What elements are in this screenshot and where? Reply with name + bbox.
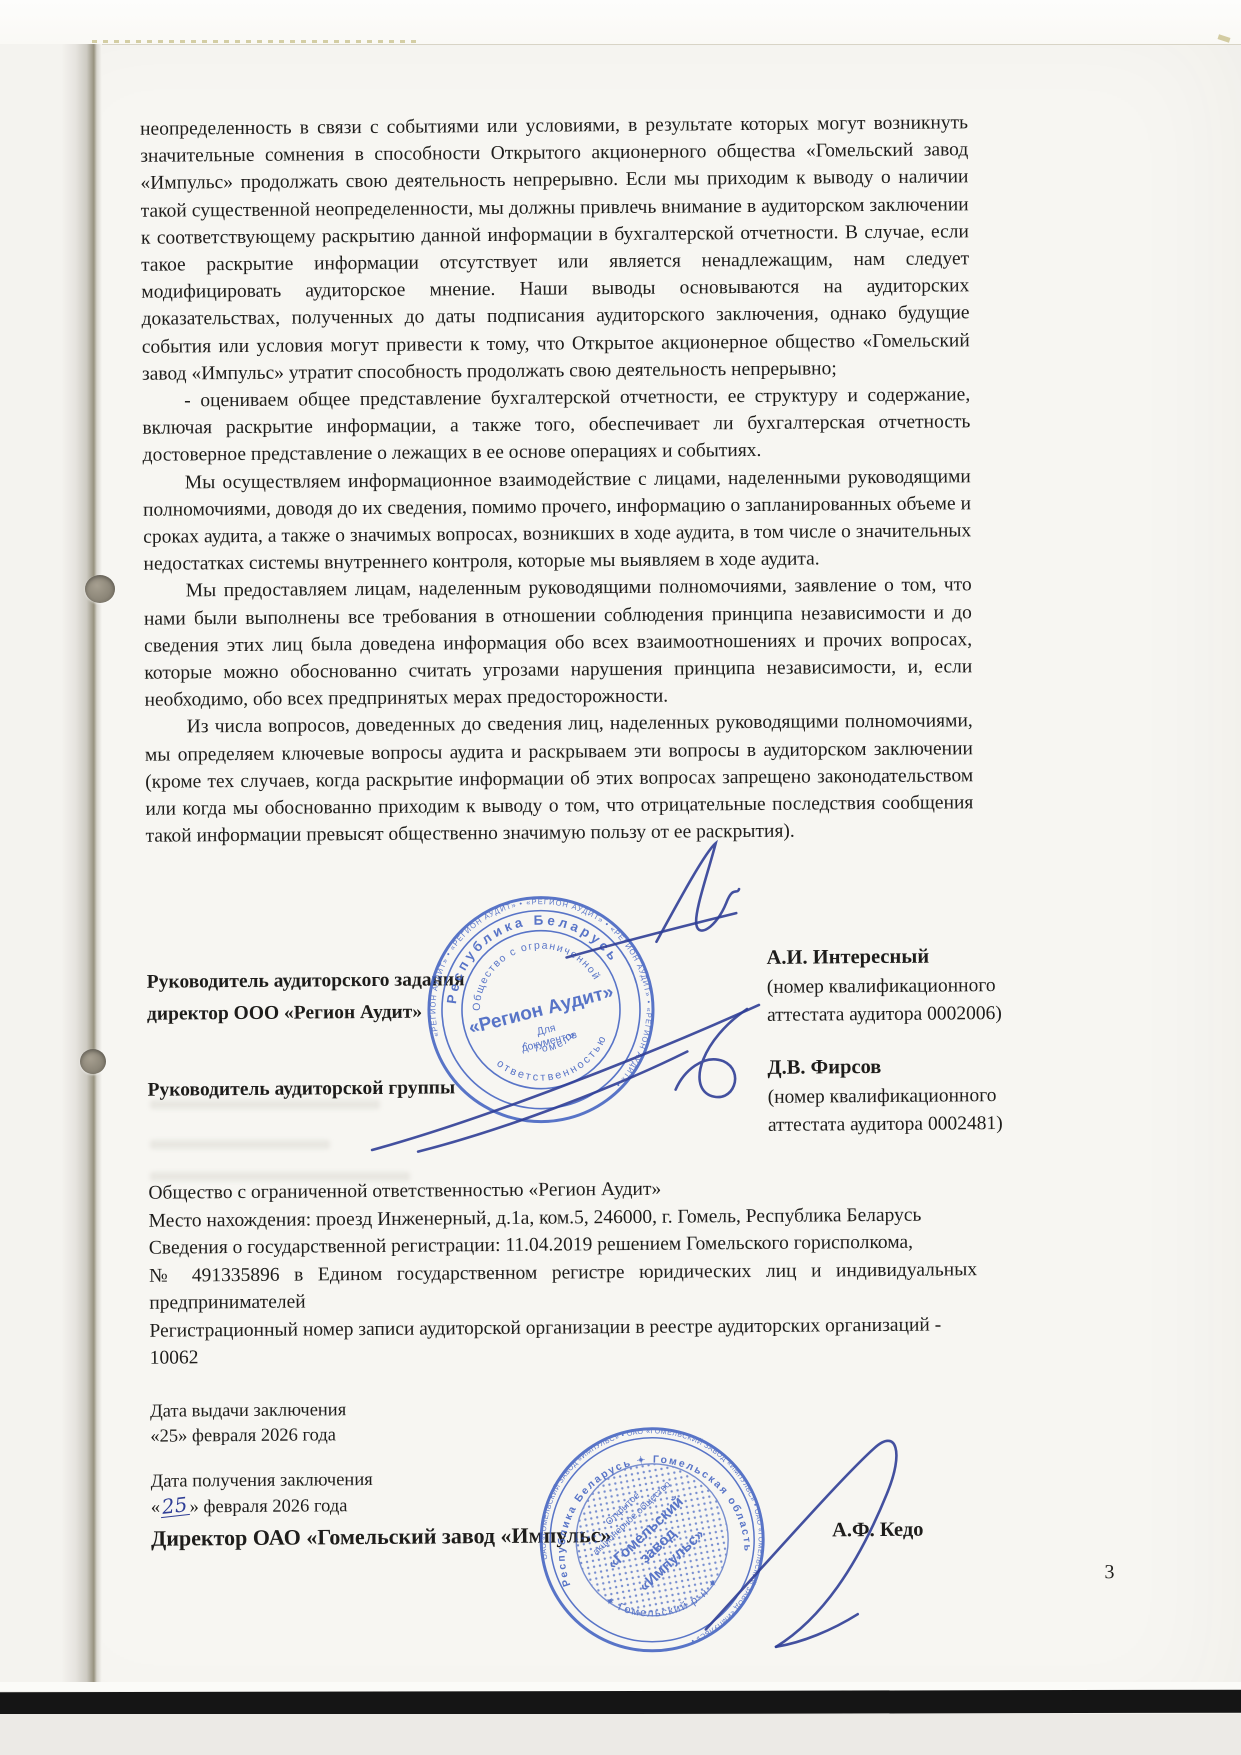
group-leader-cert-line1: (номер квалификационного (768, 1085, 997, 1109)
scanned-audit-report-page: неопределенность в связи с событиями или… (0, 0, 1241, 1755)
signature-kedo (670, 1418, 932, 1660)
paragraph-key-audit-matters: Из числа вопросов, доведенных до сведени… (145, 708, 974, 851)
received-date-value: «25» февраля 2026 года (151, 1494, 348, 1519)
issue-date-value: «25» февраля 2026 года (150, 1425, 336, 1447)
scan-bottom-background (0, 1714, 1241, 1755)
paragraph-independence: Мы предоставляем лицам, наделенным руков… (144, 572, 973, 715)
paragraph-overall-presentation: - оцениваем общее представление бухгалте… (142, 381, 971, 469)
signature-interesny (561, 821, 742, 987)
task-leader-role-line1: Руководитель аудиторского задания (147, 969, 465, 993)
signature-firsov (357, 999, 788, 1162)
paragraph-going-concern: неопределенность в связи с событиями или… (140, 109, 970, 388)
received-date-rest: » февраля 2026 года (190, 1496, 348, 1517)
task-leader-cert-line1: (номер квалификационного (767, 975, 996, 999)
scan-bottom-shadow-strip (0, 1690, 1241, 1716)
task-leader-name: А.И. Интересный (766, 946, 929, 970)
received-date-label: Дата получения заключения (151, 1470, 373, 1493)
received-date-handwritten-day: 25 (159, 1494, 191, 1518)
paragraph-communication: Мы осуществляем информационное взаимодей… (143, 463, 972, 578)
audit-report-body: неопределенность в связи с событиями или… (140, 109, 974, 850)
issue-date-label: Дата выдачи заключения (150, 1400, 346, 1423)
page-number: 3 (1104, 1561, 1114, 1584)
auditor-organisation-details: Общество с ограниченной ответственностью… (148, 1173, 977, 1372)
document-content: неопределенность в связи с событиями или… (0, 0, 1241, 1755)
group-leader-cert-line2: аттестата аудитора 0002481) (768, 1113, 1003, 1137)
task-leader-cert-line2: аттестата аудитора 0002006) (767, 1003, 1002, 1027)
